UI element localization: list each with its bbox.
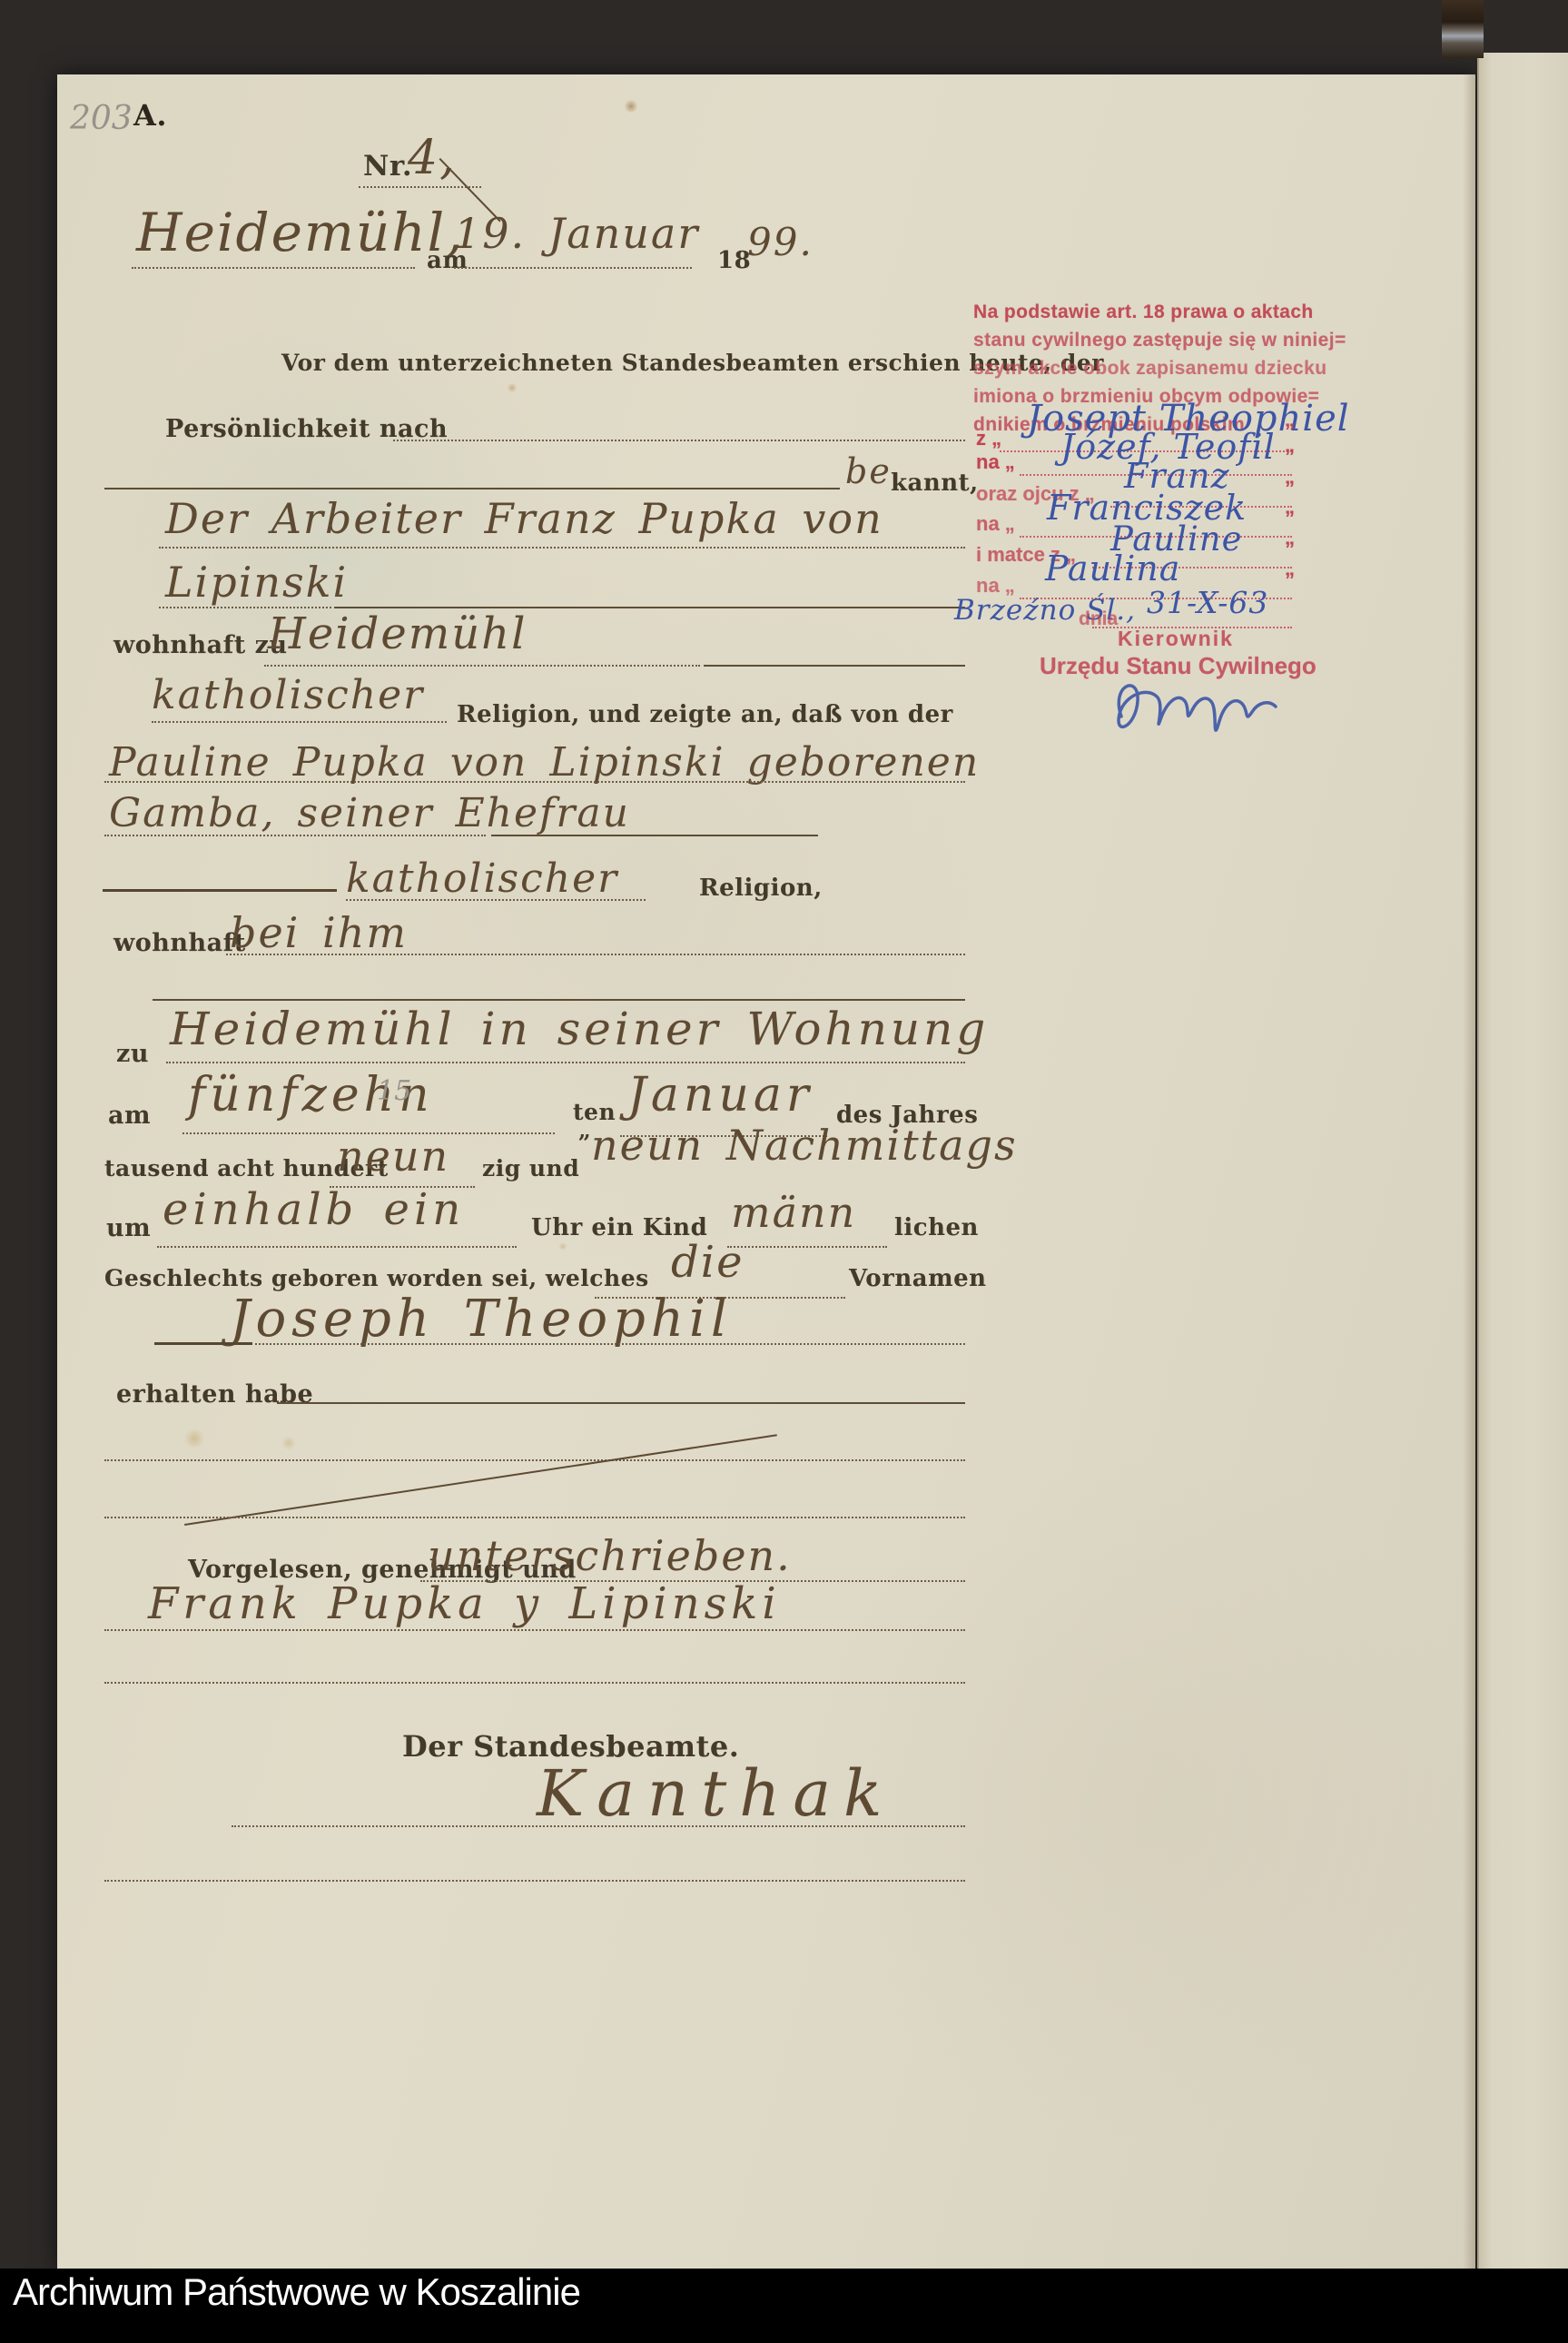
rule-heavy	[103, 889, 337, 892]
stamp-field-label: z „	[976, 427, 1001, 450]
die-hand: die	[671, 1237, 744, 1288]
erhalten-print: erhalten habe	[116, 1380, 313, 1409]
stamp-close-quote: ”	[1285, 568, 1295, 592]
appearer-line1: Der Arbeiter Franz Pupka von	[165, 494, 883, 543]
birth-day-pencil: 15	[377, 1075, 411, 1107]
stamp-close-quote: ”	[1285, 507, 1295, 530]
year-words-print2: zig und	[482, 1155, 579, 1181]
vornamen-print: Vornamen	[849, 1265, 987, 1292]
record-number-label: Nr.	[363, 150, 412, 183]
dotted-rule	[159, 547, 965, 549]
paper-stain	[507, 383, 518, 392]
stamp-text-line: szym akcie obok zapisanemu dziecku	[973, 358, 1326, 380]
stamp-close-quote: ”	[1285, 445, 1295, 469]
wohnhaft-hand: bei ihm	[230, 908, 408, 957]
annotation-date-hand: 31-X-63	[1147, 585, 1268, 620]
geschlechts-print: Geschlechts geboren worden sei, welches	[104, 1265, 649, 1291]
birth-time-hand: einhalb ein	[163, 1184, 465, 1235]
paper-stain	[281, 1437, 297, 1449]
appearer-line2: Lipinski	[165, 558, 348, 607]
stamp-close-quote: ”	[1285, 420, 1295, 443]
registrar-signature: Kanthak	[537, 1756, 894, 1831]
dotted-rule	[104, 1880, 965, 1882]
dotted-rule	[346, 899, 646, 901]
archive-footer: Archiwum Państwowe w Koszalinie	[0, 2269, 1568, 2343]
dotted-rule	[152, 721, 447, 723]
declarant-signature: Frank Pupka y Lipinski	[148, 1578, 781, 1629]
dotted-rule	[104, 781, 965, 783]
dotted-rule	[226, 954, 965, 955]
bekannt-hand: be	[845, 451, 892, 491]
rule	[491, 835, 818, 836]
year-hand: 99.	[747, 220, 814, 264]
birth-month-hand: Januar	[627, 1068, 814, 1122]
dotted-rule	[104, 835, 486, 836]
dotted-rule	[359, 186, 481, 188]
stamp-close-quote: ”	[1285, 538, 1295, 561]
dotted-rule	[132, 267, 415, 269]
zu-label: zu	[116, 1040, 149, 1068]
dotted-rule	[104, 1517, 965, 1518]
stamp-close-quote: ”	[1285, 477, 1295, 500]
birthplace-hand: Heidemühl in seiner Wohnung	[170, 1003, 989, 1055]
religion1-hand: katholischer	[152, 672, 424, 718]
unterschrieben-hand: unterschrieben.	[428, 1531, 792, 1580]
dotted-rule	[255, 1343, 965, 1345]
religion1-print: Religion, und zeigte an, daß von der	[457, 701, 953, 728]
stamp-field-label: na „	[976, 450, 1015, 474]
gender-hand: männ	[731, 1188, 856, 1237]
stamp-text-line: Na podstawie art. 18 prawa o aktach	[973, 302, 1314, 323]
place-name-hand: Heidemühl,	[136, 202, 465, 263]
dotted-rule	[454, 267, 692, 269]
dotted-rule	[727, 1246, 887, 1248]
rule-heavy	[154, 1342, 252, 1345]
rule	[704, 665, 965, 667]
cancel-stroke	[184, 1434, 777, 1526]
ditto-mark: „	[578, 1117, 591, 1143]
next-page-edge	[1477, 53, 1568, 2269]
page-letter: A.	[133, 98, 167, 133]
paper-stain	[558, 1242, 567, 1251]
dotted-rule	[393, 440, 965, 441]
stamp-field-label: na „	[976, 512, 1015, 536]
dotted-rule	[232, 1825, 965, 1827]
dotted-rule	[264, 665, 700, 667]
dotted-rule	[104, 1682, 965, 1684]
mother-line1: Pauline Pupka von Lipinski geborenen	[109, 739, 980, 786]
official-signature	[1101, 667, 1301, 757]
rule	[104, 488, 840, 489]
rule	[277, 1402, 965, 1404]
record-number-value: 4,	[408, 131, 457, 185]
scanned-document: 203 A. Nr. 4, Heidemühl, am 19. Januar 1…	[0, 0, 1568, 2343]
paper-stain	[624, 100, 638, 113]
bookmark-ribbon	[1442, 0, 1484, 58]
dotted-rule	[104, 1459, 965, 1461]
wohnhaft-zu-label: wohnhaft zu	[113, 631, 288, 659]
am-print: am	[108, 1102, 151, 1130]
dotted-rule	[157, 1246, 517, 1248]
mother-line2: Gamba, seiner Ehefrau	[109, 790, 630, 836]
year-words-hand1: neun	[337, 1132, 449, 1181]
dotted-rule	[104, 1629, 965, 1631]
page-number-pencil: 203	[70, 100, 133, 137]
year-words-hand2: neun Nachmittags	[591, 1121, 1018, 1170]
rule	[153, 999, 965, 1001]
archive-name: Archiwum Państwowe w Koszalinie	[13, 2270, 580, 2314]
child-name-hand: Joseph Theophil	[230, 1290, 733, 1349]
dotted-rule	[166, 1062, 965, 1063]
lichen-print: lichen	[894, 1214, 979, 1241]
document-page: 203 A. Nr. 4, Heidemühl, am 19. Januar 1…	[57, 74, 1475, 2269]
residence-hand: Heidemühl	[268, 608, 527, 659]
um-print: um	[106, 1214, 151, 1242]
bekannt-print: kannt,	[891, 470, 979, 497]
religion2-hand: katholischer	[346, 855, 618, 902]
paper-stain	[182, 1429, 206, 1448]
stamp-text-line: stanu cywilnego zastępuje się w niniej=	[973, 330, 1346, 351]
stamp-field-value: Paulina	[1045, 549, 1180, 588]
date-hand: 19. Januar	[454, 209, 699, 258]
religion2-print: Religion,	[699, 875, 823, 902]
official-title-line1: Kierownik	[1118, 627, 1234, 651]
year-print: 18	[717, 247, 751, 274]
